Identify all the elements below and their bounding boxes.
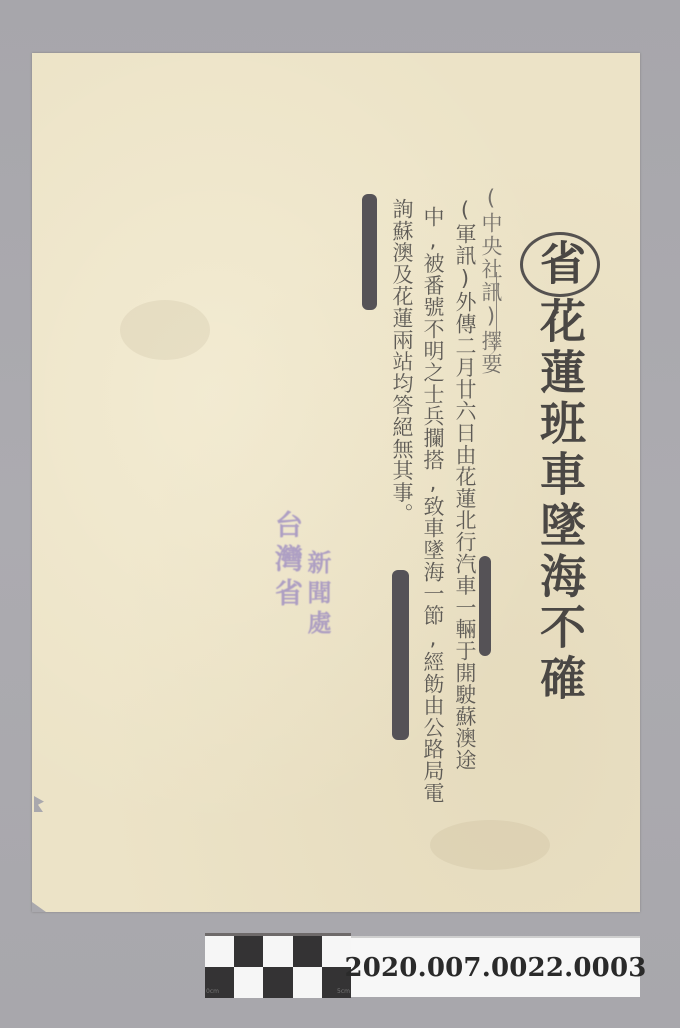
body-column-3: 詢蘇澳及花蓮兩站均答絕無其事。	[389, 198, 415, 525]
stamp-line-2: 新聞處	[300, 550, 334, 640]
scale-square	[263, 967, 292, 998]
paper-stain	[120, 300, 210, 360]
scale-tick-end: 5cm	[337, 988, 350, 995]
redaction-bar	[392, 570, 409, 740]
scale-square	[234, 967, 263, 998]
scale-square	[234, 936, 263, 967]
color-scale-bar	[205, 933, 351, 998]
redaction-bar	[362, 194, 377, 310]
scale-square	[263, 936, 292, 967]
scale-square	[293, 936, 322, 967]
body-column-1: (軍訊)外傳二月廿六日由花蓮北行汽車一輛于開駛蘇澳途	[452, 198, 478, 771]
redaction-bar	[479, 556, 491, 656]
official-stamp: 台灣省 新聞處	[262, 510, 334, 786]
document-title: 省花蓮班車墜海不確	[530, 232, 600, 705]
catalog-number: 2020.007.0022.0003	[344, 953, 646, 983]
scale-tick-start: 0cm	[206, 988, 219, 995]
header-bracket-mark	[478, 272, 497, 356]
scale-square	[293, 967, 322, 998]
title-text: 花蓮班車墜海不確	[533, 297, 587, 705]
catalog-label: 2020.007.0022.0003	[351, 936, 640, 997]
body-column-2: 中,被番號不明之士兵攔搭,致車墜海一節,經飭由公路局電	[420, 206, 446, 804]
title-circled-prefix: 省	[520, 232, 600, 297]
stamp-line-1: 台灣省	[270, 510, 304, 612]
paper-stain	[430, 820, 550, 870]
scale-square	[205, 936, 234, 967]
